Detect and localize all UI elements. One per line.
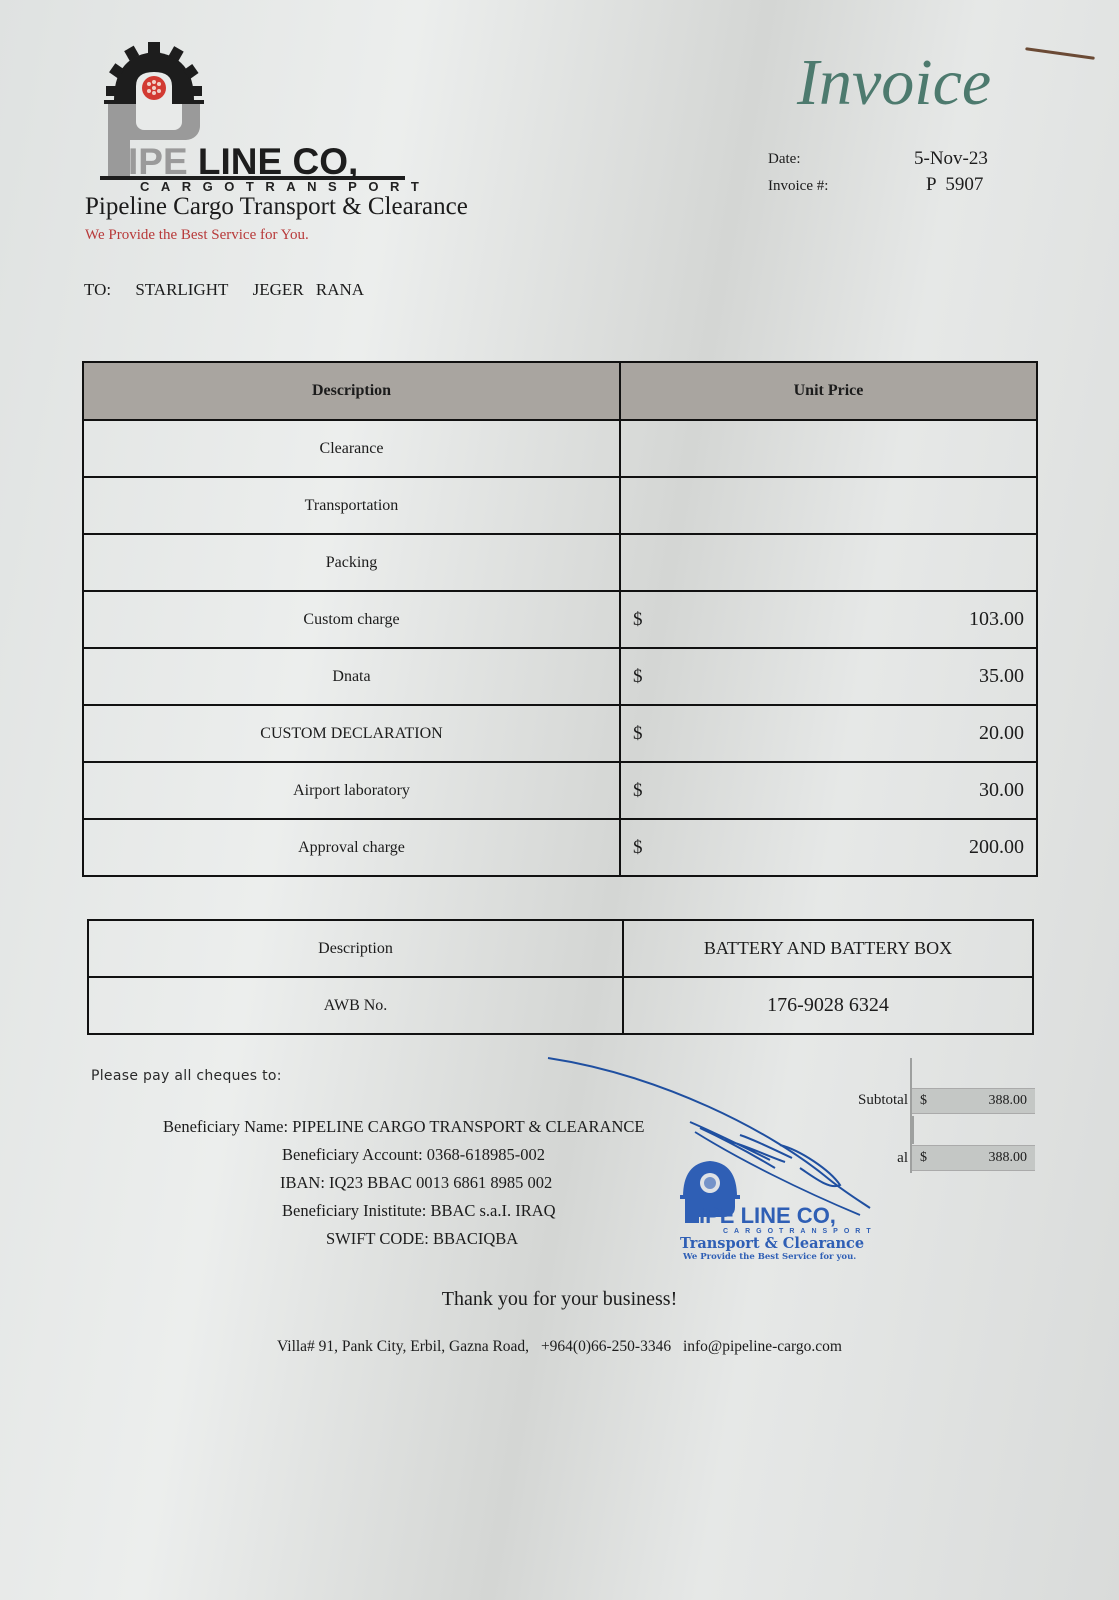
- charge-unit-price: [620, 477, 1037, 534]
- recipient-name-first: STARLIGHT: [135, 280, 228, 299]
- footer-contact: Villa# 91, Pank City, Erbil, Gazna Road,…: [0, 1338, 1119, 1356]
- charge-amount: 200.00: [969, 836, 1024, 859]
- charge-description: Custom charge: [83, 591, 620, 648]
- charge-unit-price: $30.00: [620, 762, 1037, 819]
- invoice-title: Invoice: [797, 45, 991, 121]
- column-header-unit-price: Unit Price: [620, 362, 1037, 420]
- stamp-subtitle: CARGOTRANSPORT: [723, 1228, 877, 1235]
- awb-value: 176-9028 6324: [623, 977, 1033, 1034]
- date-value: 5-Nov-23: [914, 148, 988, 170]
- iban: IBAN: IQ23 BBAC 0013 6861 8985 002: [280, 1173, 552, 1193]
- charge-amount: 103.00: [969, 608, 1024, 631]
- charge-amount: 30.00: [979, 779, 1024, 802]
- column-header-description: Description: [83, 362, 620, 420]
- footer-email[interactable]: info@pipeline-cargo.com: [683, 1338, 842, 1355]
- table-row: Approval charge$200.00: [83, 819, 1037, 876]
- total-box: $ 388.00: [912, 1145, 1035, 1171]
- to-label: TO:: [84, 280, 111, 299]
- charge-amount: 20.00: [979, 722, 1024, 745]
- thank-you-message: Thank you for your business!: [0, 1288, 1119, 1311]
- subtotal-value: 388.00: [989, 1093, 1028, 1109]
- footer-address: Villa# 91, Pank City, Erbil, Gazna Road,: [277, 1338, 529, 1355]
- charge-description: Clearance: [83, 420, 620, 477]
- charge-description: Packing: [83, 534, 620, 591]
- currency-symbol: $: [633, 666, 643, 688]
- table-row: Airport laboratory$30.00: [83, 762, 1037, 819]
- awb-label: AWB No.: [88, 977, 623, 1034]
- charge-unit-price: $20.00: [620, 705, 1037, 762]
- invoice-number-label: Invoice #:: [768, 178, 828, 195]
- recipient-name-middle: JEGER: [253, 280, 304, 299]
- shipment-description-value: BATTERY AND BATTERY BOX: [623, 920, 1033, 977]
- swift-code: SWIFT CODE: BBACIQBA: [326, 1229, 518, 1249]
- table-row: Packing: [83, 534, 1037, 591]
- table-row: Clearance: [83, 420, 1037, 477]
- table-row: Dnata$35.00: [83, 648, 1037, 705]
- subtotal-box: $ 388.00: [912, 1088, 1035, 1114]
- company-tagline: We Provide the Best Service for You.: [85, 227, 309, 244]
- table-row: Custom charge$103.00: [83, 591, 1037, 648]
- logo-subtitle: CARGOTRANSPORT: [140, 179, 430, 194]
- totals-blank-row: [912, 1116, 1035, 1144]
- beneficiary-account: Beneficiary Account: 0368-618985-002: [282, 1145, 545, 1165]
- payment-note: Please pay all cheques to:: [91, 1068, 282, 1084]
- invoice-number-value: P 5907: [926, 174, 983, 196]
- total-currency: $: [920, 1150, 927, 1166]
- charge-unit-price: $200.00: [620, 819, 1037, 876]
- shipment-table: Description BATTERY AND BATTERY BOX AWB …: [87, 919, 1034, 1035]
- table-row: AWB No. 176-9028 6324: [88, 977, 1033, 1034]
- company-name: Pipeline Cargo Transport & Clearance: [85, 193, 468, 221]
- beneficiary-institute: Beneficiary Inistitute: BBAC s.a.I. IRAQ: [282, 1201, 556, 1221]
- total-value: 388.00: [989, 1150, 1028, 1166]
- charge-description: Airport laboratory: [83, 762, 620, 819]
- stamp-line-1: Transport & Clearance: [680, 1235, 864, 1252]
- currency-symbol: $: [633, 837, 643, 859]
- charge-description: CUSTOM DECLARATION: [83, 705, 620, 762]
- currency-symbol: $: [633, 723, 643, 745]
- table-row: CUSTOM DECLARATION$20.00: [83, 705, 1037, 762]
- charge-amount: 35.00: [979, 665, 1024, 688]
- table-row: Description BATTERY AND BATTERY BOX: [88, 920, 1033, 977]
- subtotal-currency: $: [920, 1093, 927, 1109]
- stamp-line-2: We Provide the Best Service for you.: [683, 1252, 856, 1262]
- company-logo: IPE LINE CO, CARGOTRANSPORT: [100, 38, 420, 198]
- charge-description: Dnata: [83, 648, 620, 705]
- company-stamp: IPE LINE CO, CARGOTRANSPORT Transport & …: [675, 1155, 905, 1265]
- charges-table: Description Unit Price ClearanceTranspor…: [82, 361, 1038, 877]
- beneficiary-name: Beneficiary Name: PIPELINE CARGO TRANSPO…: [163, 1117, 644, 1137]
- footer-phone: +964(0)66-250-3346: [541, 1338, 671, 1355]
- shipment-description-label: Description: [88, 920, 623, 977]
- pen-mark: [1025, 47, 1095, 60]
- charge-description: Transportation: [83, 477, 620, 534]
- charge-unit-price: $103.00: [620, 591, 1037, 648]
- currency-symbol: $: [633, 609, 643, 631]
- table-row: Transportation: [83, 477, 1037, 534]
- subtotal-label: Subtotal: [830, 1092, 908, 1109]
- charge-description: Approval charge: [83, 819, 620, 876]
- charge-unit-price: [620, 420, 1037, 477]
- stamp-wordmark: IPE LINE CO,: [679, 1203, 836, 1229]
- currency-symbol: $: [633, 780, 643, 802]
- charge-unit-price: $35.00: [620, 648, 1037, 705]
- recipient-name-last: RANA: [316, 280, 364, 299]
- recipient-line: TO: STARLIGHT JEGER RANA: [84, 280, 384, 300]
- charge-unit-price: [620, 534, 1037, 591]
- date-label: Date:: [768, 151, 800, 168]
